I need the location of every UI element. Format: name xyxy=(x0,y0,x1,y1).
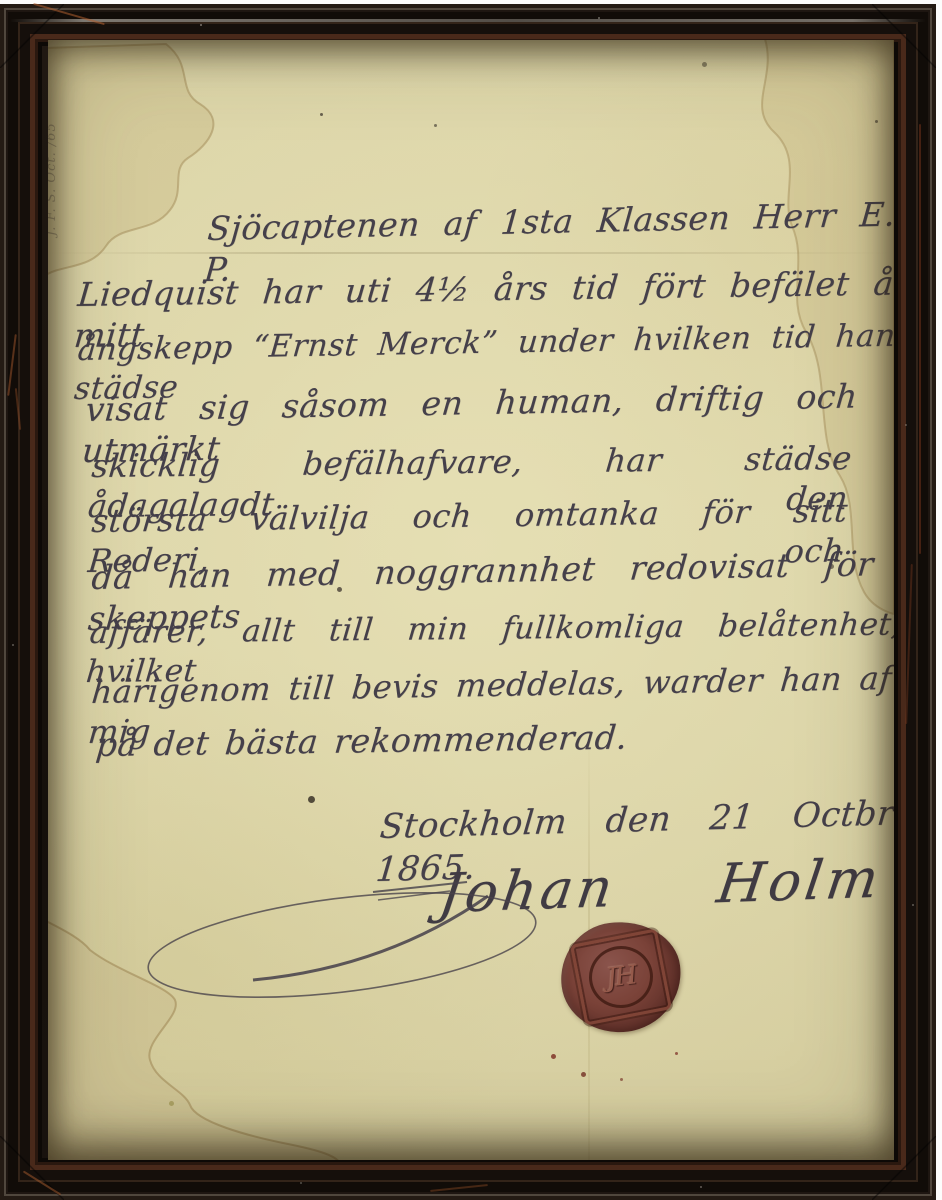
paper-specks xyxy=(48,40,51,43)
frame-dust-specks xyxy=(0,4,2,6)
framed-letter-photograph: J. F. S. Oct. /65 Sjöcaptenen af 1sta Kl… xyxy=(0,0,942,1200)
frame-scuff xyxy=(23,1170,61,1195)
signature: Johan Holm xyxy=(435,844,886,927)
pencil-note: J. F. S. Oct. /65 xyxy=(48,66,59,236)
document-paper: J. F. S. Oct. /65 Sjöcaptenen af 1sta Kl… xyxy=(48,40,894,1160)
stain-top-left xyxy=(48,44,213,276)
frame-scuff xyxy=(7,334,17,396)
handwriting-line: på det bästa rekommenderad. xyxy=(94,716,678,765)
frame-scuff xyxy=(905,564,913,724)
picture-frame: J. F. S. Oct. /65 Sjöcaptenen af 1sta Kl… xyxy=(0,4,936,1200)
stain-bottom-left xyxy=(48,920,340,1160)
frame-scuff xyxy=(430,1184,488,1192)
frame-scuff xyxy=(919,124,921,554)
wax-seal: JH xyxy=(555,915,688,1039)
frame-scuff xyxy=(15,388,21,430)
frame-highlight xyxy=(10,19,926,22)
seal-monogram: JH xyxy=(605,960,638,993)
